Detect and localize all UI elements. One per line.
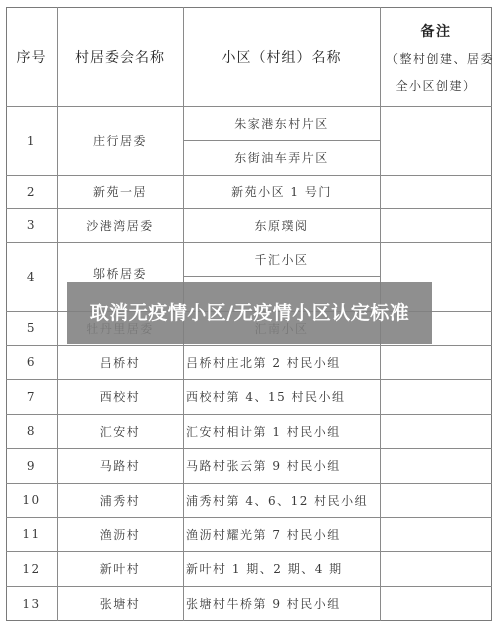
cell-index: 5 [6, 311, 57, 345]
cell-committee: 张塘村 [57, 586, 183, 621]
header-community: 小区（村组）名称 [183, 7, 380, 106]
header-note-sub: 全小区创建） [395, 73, 476, 100]
cell-index: 13 [6, 586, 57, 621]
cell-index: 3 [6, 208, 57, 242]
cell-community: 马路村张云第 9 村民小组 [183, 448, 380, 483]
cell-index: 10 [6, 483, 57, 517]
cell-community: 新叶村 1 期、2 期、4 期 [183, 551, 380, 586]
cell-community: 张塘村牛桥第 9 村民小组 [183, 586, 380, 621]
cell-committee: 新叶村 [57, 551, 183, 586]
cell-index: 7 [6, 379, 57, 414]
cell-index: 12 [6, 551, 57, 586]
cell-index: 6 [6, 345, 57, 379]
cell-community: 千汇小区 [183, 242, 380, 276]
header-index: 序号 [6, 7, 57, 106]
cell-community: 东街油车弄片区 [183, 140, 380, 175]
cell-committee: 渔沥村 [57, 517, 183, 551]
cell-committee: 沙港湾居委 [57, 208, 183, 242]
cell-committee: 浦秀村 [57, 483, 183, 517]
cell-community: 西校村第 4、15 村民小组 [183, 379, 380, 414]
cell-community: 浦秀村第 4、6、12 村民小组 [183, 483, 380, 517]
cell-committee: 汇安村 [57, 414, 183, 448]
cell-community: 朱家港东村片区 [183, 106, 380, 140]
cell-index: 2 [6, 175, 57, 208]
header-note-title: 备注 [421, 19, 452, 46]
cell-index: 1 [6, 106, 57, 175]
cell-committee: 新苑一居 [57, 175, 183, 208]
cell-index: 9 [6, 448, 57, 483]
cell-committee: 庄行居委 [57, 106, 183, 175]
cell-committee: 吕桥村 [57, 345, 183, 379]
overlay-title: 取消无疫情小区/无疫情小区认定标准 [90, 299, 409, 327]
header-committee: 村居委会名称 [57, 7, 183, 106]
cell-index: 11 [6, 517, 57, 551]
cell-community: 吕桥村庄北第 2 村民小组 [183, 345, 380, 379]
cell-community: 汇安村相计第 1 村民小组 [183, 414, 380, 448]
cell-community: 渔沥村耀光第 7 村民小组 [183, 517, 380, 551]
cell-index: 4 [6, 242, 57, 311]
header-note: 备注 （整村创建、居委 全小区创建） [380, 7, 492, 106]
title-overlay-banner: 取消无疫情小区/无疫情小区认定标准 [67, 282, 432, 344]
cell-community: 东原璞阅 [183, 208, 380, 242]
cell-committee: 马路村 [57, 448, 183, 483]
cell-community: 新苑小区 1 号门 [183, 175, 380, 208]
header-note-sub: （整村创建、居委 [386, 46, 494, 73]
cell-index: 8 [6, 414, 57, 448]
cell-committee: 西校村 [57, 379, 183, 414]
